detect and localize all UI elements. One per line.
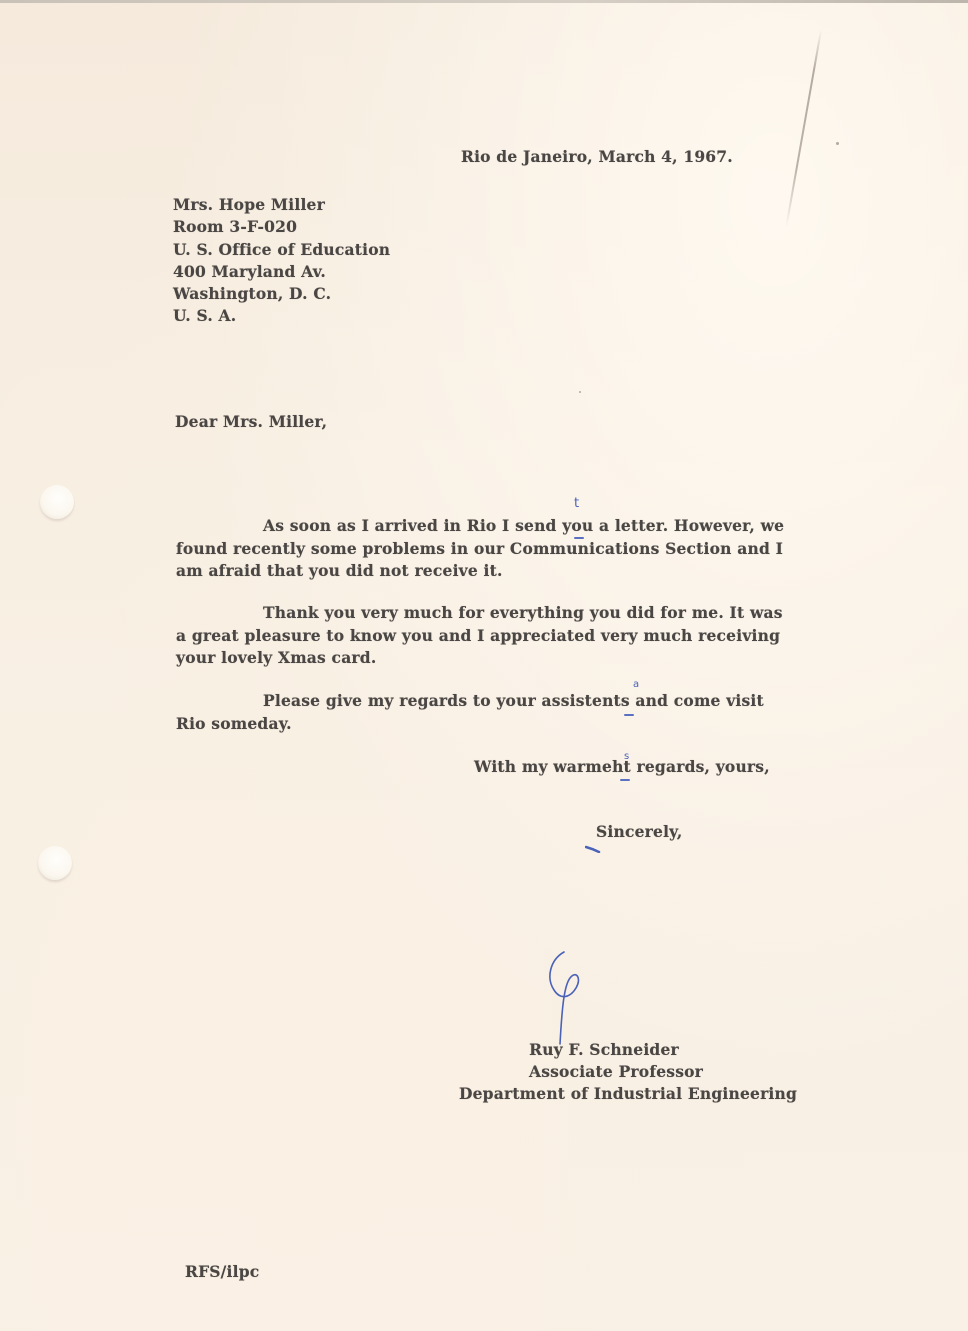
pen-tick-mark [585, 845, 601, 853]
pen-correction-mark: t [574, 497, 579, 510]
paragraph-line: Thank you very much for everything you d… [176, 602, 836, 625]
punch-hole-icon [38, 846, 72, 880]
paragraph-line: am afraid that you did not receive it. [176, 560, 836, 583]
paragraph-line: a great pleasure to know you and I appre… [176, 625, 836, 648]
punch-hole-icon [40, 485, 74, 519]
handwritten-signature-icon [540, 948, 600, 1048]
body-paragraph: As soon as I arrived in Rio I send you a… [176, 515, 836, 583]
address-line: Mrs. Hope Miller [173, 194, 390, 216]
address-line: Washington, D. C. [173, 283, 390, 305]
paper-top-edge [0, 0, 968, 3]
paper-speck [836, 142, 839, 145]
reference-initials: RFS/ilpc [185, 1262, 259, 1281]
body-paragraph: Please give my regards to your assistent… [176, 690, 836, 735]
paragraph-line: Please give my regards to your assistent… [176, 690, 836, 713]
paragraph-line: As soon as I arrived in Rio I send you a… [176, 515, 836, 538]
signer-department: Department of Industrial Engineering [438, 1083, 818, 1105]
paragraph-line: found recently some problems in our Comm… [176, 538, 836, 561]
paragraph-line: your lovely Xmas card. [176, 647, 836, 670]
recipient-address: Mrs. Hope Miller Room 3-F-020 U. S. Offi… [173, 194, 390, 328]
signature-block: Ruy F. Schneider Associate Professor Dep… [438, 1039, 818, 1105]
signer-title: Associate Professor [438, 1061, 818, 1083]
pen-correction-mark: a [633, 680, 639, 690]
pen-underline-mark [624, 714, 634, 716]
salutation: Dear Mrs. Miller, [175, 412, 327, 431]
pen-correction-mark: s [624, 752, 629, 762]
closing-line: With my warmeht regards, yours, [474, 757, 770, 776]
signer-name: Ruy F. Schneider [438, 1039, 818, 1061]
valediction: Sincerely, [596, 822, 683, 841]
paragraph-line: Rio someday. [176, 713, 836, 736]
address-line: U. S. Office of Education [173, 239, 390, 261]
pen-underline-mark [574, 537, 584, 539]
date-line: Rio de Janeiro, March 4, 1967. [461, 147, 733, 166]
address-line: 400 Maryland Av. [173, 261, 390, 283]
body-paragraph: Thank you very much for everything you d… [176, 602, 836, 670]
address-line: U. S. A. [173, 305, 390, 327]
pen-underline-mark [620, 779, 630, 781]
paper-speck [579, 391, 581, 393]
address-line: Room 3-F-020 [173, 216, 390, 238]
